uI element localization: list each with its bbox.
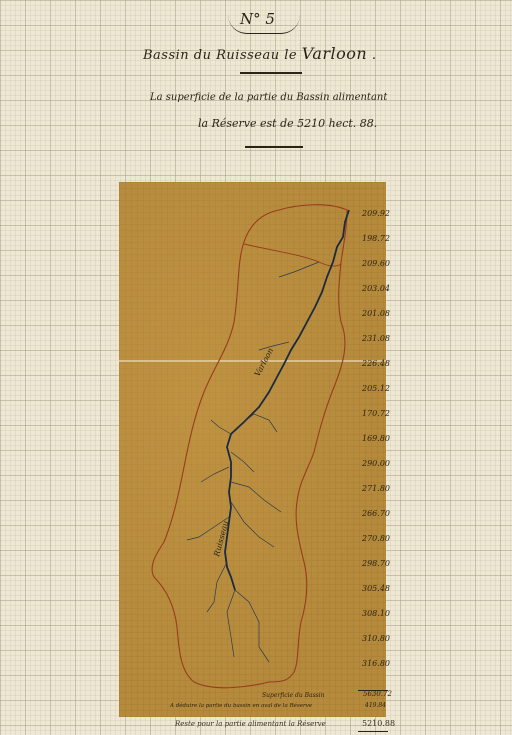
document-title: Bassin du Ruisseau le Varloon .: [143, 44, 377, 63]
river-label-lower: Ruisseau: [212, 520, 230, 559]
elevation-value: 308.10: [362, 609, 390, 618]
subtitle-underline: [245, 146, 303, 148]
elevation-value: 316.80: [362, 659, 390, 668]
elevation-value: 290.00: [362, 459, 390, 468]
title-prefix: Bassin du Ruisseau le: [143, 48, 297, 63]
title-river-name: Varloon: [302, 44, 367, 63]
elevation-value: 203.04: [362, 284, 390, 293]
tributary: [279, 262, 319, 277]
elevation-value: 169.80: [362, 434, 390, 443]
subtitle-line-2: la Réserve est de 5210 hect. 88.: [198, 117, 377, 130]
remainder-rule: [358, 731, 388, 732]
basin-map: Varloon Ruisseau: [119, 182, 386, 717]
footer-deduction-value: 419.84: [365, 702, 386, 709]
tributary: [207, 562, 227, 612]
title-suffix: .: [372, 48, 377, 63]
subtitle-line-1: La superficie de la partie du Bassin ali…: [150, 92, 387, 103]
footer-remainder-label: Reste pour la partie alimentant la Réser…: [175, 720, 326, 728]
basin-outline: [152, 205, 347, 688]
tributary: [201, 467, 229, 482]
elevation-value: 201.08: [362, 309, 390, 318]
elevation-value: 205.12: [362, 384, 390, 393]
sub-basin-boundary: [244, 244, 341, 266]
tributary: [231, 482, 281, 512]
footer-basin-area-label: Superficie du Bassin: [262, 692, 325, 699]
elevation-value: 198.72: [362, 234, 390, 243]
number-flourish: [228, 15, 300, 34]
elevation-value: 209.60: [362, 259, 390, 268]
main-river: [225, 210, 349, 590]
elevation-value: 305.48: [362, 584, 390, 593]
elevation-value: 170.72: [362, 409, 390, 418]
elevation-value: 310.80: [362, 634, 390, 643]
elevation-value: 270.80: [362, 534, 390, 543]
river-label-upper: Varloon: [253, 346, 275, 378]
tributary: [227, 590, 235, 657]
elevation-value: 266.70: [362, 509, 390, 518]
tributary: [259, 342, 289, 350]
elevation-value: 226.48: [362, 359, 390, 368]
footer-remainder-value: 5210.88: [362, 719, 395, 728]
elevation-value: 298.70: [362, 559, 390, 568]
tributary: [235, 590, 269, 662]
tributary: [231, 502, 274, 547]
elevation-value: 231.08: [362, 334, 390, 343]
elevation-value: 271.80: [362, 484, 390, 493]
tributary: [211, 420, 231, 434]
footer-basin-area-value: 5630.72: [363, 690, 392, 698]
title-underline: [240, 72, 302, 74]
elevation-value: 209.92: [362, 209, 390, 218]
footer-deduction-label: A déduire la partie du bassin en aval de…: [170, 703, 312, 709]
tributary: [231, 452, 254, 472]
